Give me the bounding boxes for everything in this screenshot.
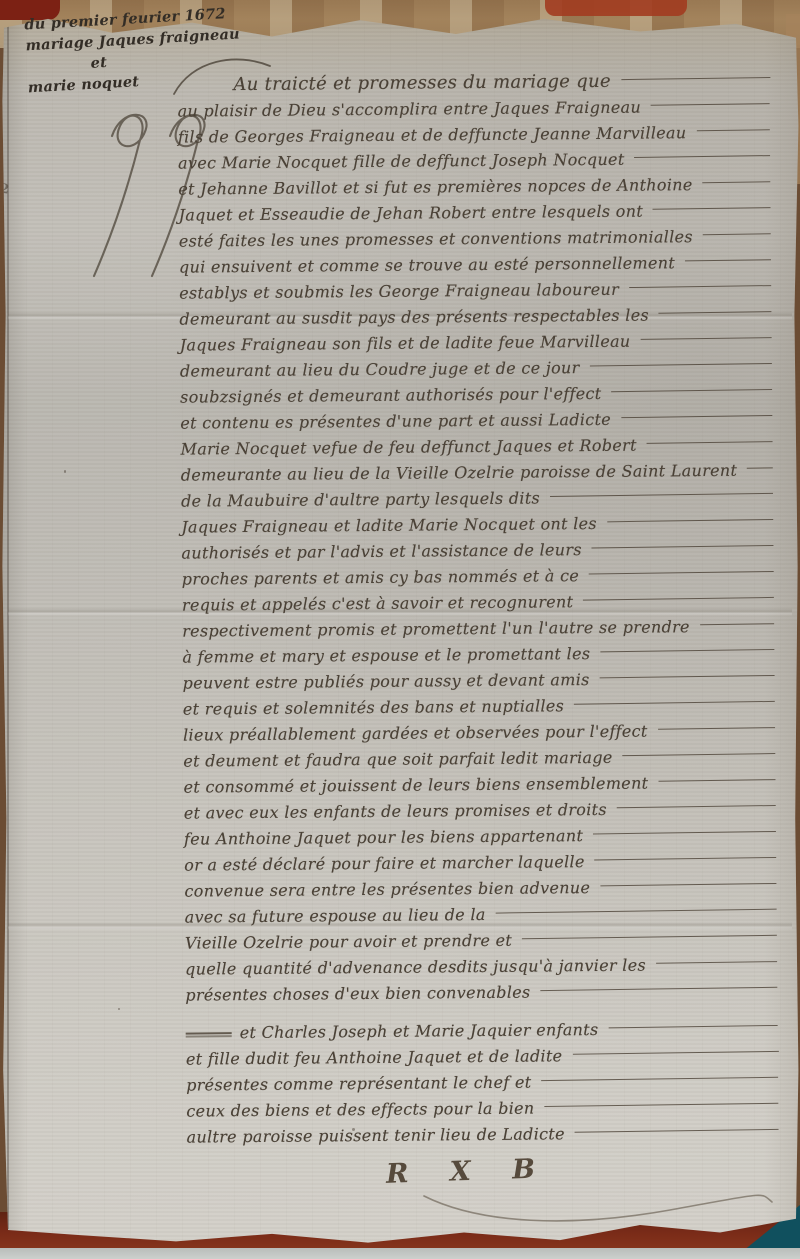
manuscript-line-text: Jaques Fraigneau son fils et de ladite f… <box>180 329 631 359</box>
paper-speck <box>118 1008 120 1010</box>
line-filler-dash <box>623 753 776 756</box>
manuscript-line-text: demeurante au lieu de la Vieille Ozelrie… <box>181 458 738 489</box>
line-filler-dash <box>621 77 769 80</box>
manuscript-line-text: et consommé et jouissent de leurs biens … <box>183 771 648 801</box>
line-filler-dash <box>583 597 774 601</box>
manuscript-line-text: lieux préallablement gardées et observée… <box>183 719 648 749</box>
manuscript-line-text: et fille dudit feu Anthoine Jaquet et de… <box>186 1043 563 1072</box>
manuscript-line-text: authorisés et par l'advis et l'assistanc… <box>181 537 582 566</box>
manuscript-line-text: au plaisir de Dieu s'accomplira entre Ja… <box>178 95 642 125</box>
line-filler-dash <box>629 285 771 288</box>
manuscript-line: demeurante au lieu de la Vieille Ozelrie… <box>181 457 775 488</box>
paper-speck <box>64 470 66 473</box>
manuscript-line-text: or a esté déclaré pour faire et marcher … <box>184 849 585 878</box>
manuscript-line-text: et requis et solemnités des bans et nupt… <box>183 693 565 722</box>
line-filler-dash <box>595 857 777 861</box>
light-strip-bottom-edge <box>0 1248 800 1259</box>
line-filler-dash <box>653 207 771 210</box>
struck-out-text <box>186 1032 232 1034</box>
signature-swash-icon <box>420 1188 780 1236</box>
line-filler-dash <box>617 805 776 808</box>
manuscript-line-text: Marie Nocquet vefue de feu deffunct Jaqu… <box>180 433 636 463</box>
manuscript-line-text: et Charles Joseph et Marie Jaquier enfan… <box>240 1017 599 1046</box>
manuscript-line-text: de la Maubuire d'aultre party lesquels d… <box>181 485 540 514</box>
line-filler-dash <box>607 519 773 522</box>
line-filler-dash <box>496 909 777 914</box>
manuscript-line-text: respectivement promis et promettent l'un… <box>182 614 690 644</box>
annotation-line-text: et <box>90 54 107 72</box>
line-filler-dash <box>575 1129 779 1133</box>
manuscript-line-text: à femme et mary et espouse et le promett… <box>182 641 590 671</box>
line-filler-dash <box>589 571 774 575</box>
line-filler-dash <box>592 545 774 549</box>
signature-mark: R X B <box>386 1153 552 1190</box>
line-filler-dash <box>640 337 771 340</box>
line-filler-dash <box>572 1051 777 1055</box>
ink-bleed-mark: , <box>0 296 7 311</box>
line-filler-dash <box>658 727 775 730</box>
manuscript-line-text: demeurant au susdit pays des présents re… <box>179 303 649 333</box>
manuscript-line-text: Jaquet et Esseaudie de Jehan Robert entr… <box>178 199 643 229</box>
manuscript-line-text: et deument et faudra que soit parfait le… <box>183 745 613 775</box>
manuscript-line-text: présentes choses d'eux bien convenables <box>185 980 530 1009</box>
manuscript-line-text: soubzsignés et demeurant authorisés pour… <box>180 381 602 411</box>
line-filler-dash <box>600 649 774 652</box>
line-filler-dash <box>541 1077 778 1081</box>
line-filler-dash <box>590 363 772 367</box>
manuscript-line-text: requis et appelés c'est à savoir et reco… <box>182 589 574 618</box>
manuscript-line: et Jehanne Bavillot et si fut es premièr… <box>178 171 772 202</box>
line-filler-dash <box>658 779 775 782</box>
line-filler-dash <box>696 129 769 131</box>
manuscript-line: respectivement promis et promettent l'un… <box>182 613 776 644</box>
line-filler-dash <box>703 181 771 183</box>
manuscript-body: Au traicté et promesses du mariage queau… <box>177 67 780 1150</box>
line-filler-dash <box>703 233 771 235</box>
manuscript-line-text: et contenu es présentes d'une part et au… <box>180 407 611 437</box>
line-filler-dash <box>608 1025 777 1028</box>
manuscript-line-text: convenue sera entre les présentes bien a… <box>184 875 590 905</box>
manuscript-line: fils de Georges Fraigneau et de deffunct… <box>178 119 772 150</box>
manuscript-line-text: avec Marie Nocquet fille de deffunct Jos… <box>178 147 625 177</box>
ink-bleed-mark: 2 <box>0 181 10 197</box>
line-filler-dash <box>647 441 773 444</box>
line-filler-dash <box>700 623 774 625</box>
manuscript-line-text: quelle quantité d'advenance desdits jusq… <box>185 953 646 983</box>
line-filler-dash <box>540 987 777 991</box>
line-filler-dash <box>544 1103 778 1107</box>
manuscript-line-text: Jaques Fraigneau et ladite Marie Nocquet… <box>181 511 597 541</box>
manuscript-line: esté faites les unes promesses et conven… <box>179 223 773 254</box>
manuscript-line-text: et avec eux les enfants de leurs promise… <box>184 797 607 827</box>
line-filler-dash <box>611 389 772 392</box>
manuscript-line-text: aultre paroisse puissent tenir lieu de L… <box>186 1121 564 1150</box>
manuscript-line-text: Au traicté et promesses du mariage que <box>177 69 611 99</box>
annotation-line-text: marie noquet <box>27 73 139 96</box>
line-filler-dash <box>659 311 772 314</box>
line-filler-dash <box>600 883 776 886</box>
line-filler-dash <box>651 103 770 106</box>
line-filler-dash <box>522 935 777 940</box>
wood-red-patch-top-right <box>545 0 687 16</box>
line-filler-dash <box>685 259 771 261</box>
line-filler-dash <box>747 467 773 468</box>
line-filler-dash <box>621 415 772 418</box>
manuscript-line-text: feu Anthoine Jaquet pour les biens appar… <box>184 823 583 852</box>
line-filler-dash <box>600 675 775 678</box>
line-filler-dash <box>574 701 775 705</box>
manuscript-line-text: ceux des biens et des effects pour la bi… <box>186 1096 534 1125</box>
manuscript-line-text: Vieille Ozelrie pour avoir et prendre et <box>185 928 512 957</box>
photo-frame: 2 , du premier feurier 1672mariage Jaque… <box>0 0 800 1259</box>
paper-left-fold-edge <box>7 24 9 1229</box>
manuscript-line-text: establys et soubmis les George Fraigneau… <box>179 277 619 307</box>
line-filler-dash <box>550 493 773 497</box>
line-filler-dash <box>634 155 770 158</box>
manuscript-line: aultre paroisse puissent tenir lieu de L… <box>186 1119 780 1150</box>
manuscript-line-text: peuvent estre publiés pour aussy et deva… <box>183 667 590 697</box>
manuscript-line-text: demeurant au lieu du Coudre juge et de c… <box>180 355 580 384</box>
manuscript-line: présentes choses d'eux bien convenables <box>185 977 779 1008</box>
manuscript-line-text: avec sa future espouse au lieu de la <box>185 902 486 931</box>
line-filler-dash <box>593 831 776 835</box>
line-filler-dash <box>656 961 777 964</box>
manuscript-line-text: proches parents et amis cy bas nommés et… <box>182 563 580 592</box>
manuscript-line-text: présentes comme représentant le chef et <box>186 1070 532 1099</box>
